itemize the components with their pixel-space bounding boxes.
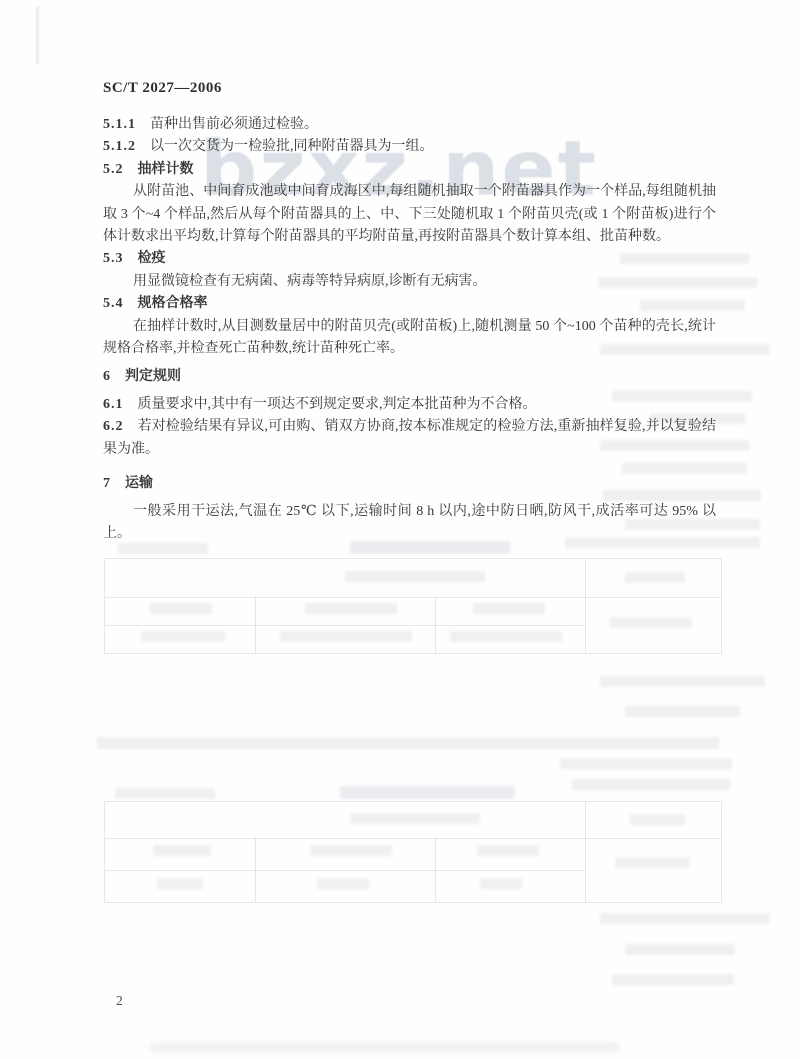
clause-6-heading: 6判定规则 — [103, 366, 716, 388]
clause-5-2-heading: 5.2抽样计数 — [103, 159, 716, 181]
scan-artifact — [36, 6, 39, 64]
clause-title: 规格合格率 — [138, 296, 208, 311]
bleed-through-line — [600, 913, 770, 924]
bleed-through-line — [560, 758, 732, 769]
bleed-through-line — [625, 944, 735, 955]
bleed-through-line — [600, 676, 765, 687]
bleed-through-line — [612, 974, 734, 985]
clause-title: 抽样计数 — [138, 162, 194, 177]
clause-5-4-paragraph: 在抽样计数时,从目测数量居中的附苗贝壳(或附苗板)上,随机测量 50 个~100… — [103, 316, 716, 361]
bleed-through-caption — [115, 788, 215, 799]
bleed-through-table — [104, 558, 722, 654]
clause-title: 判定规则 — [125, 369, 181, 384]
clause-number: 7 — [103, 476, 111, 491]
bleed-through-line — [97, 737, 719, 749]
clause-5-4-heading: 5.4规格合格率 — [103, 293, 716, 315]
clause-text: 以一次交货为一检验批,同种附苗器具为一组。 — [150, 139, 434, 154]
clause-5-2-paragraph: 从附苗池、中间育成池或中间育成海区中,每组随机抽取一个附苗器具作为一个样品,每组… — [103, 181, 716, 248]
clause-7-paragraph: 一般采用干运法,气温在 25℃ 以下,运输时间 8 h 以内,途中防日晒,防风干… — [103, 501, 716, 546]
clause-number: 5.1.2 — [103, 139, 136, 154]
clause-number: 6.2 — [103, 419, 124, 434]
clause-number: 5.2 — [103, 162, 124, 177]
clause-number: 5.1.1 — [103, 117, 136, 132]
clause-6-1: 6.1质量要求中,其中有一项达不到规定要求,判定本批苗种为不合格。 — [103, 394, 716, 416]
clause-5-3-heading: 5.3检疫 — [103, 248, 716, 270]
standard-code: SC/T 2027—2006 — [103, 80, 222, 97]
clause-number: 6.1 — [103, 397, 124, 412]
bleed-through-caption — [340, 786, 515, 799]
clause-7-heading: 7运输 — [103, 473, 716, 495]
clause-title: 检疫 — [138, 251, 166, 266]
clause-number: 5.4 — [103, 296, 124, 311]
clause-5-3-paragraph: 用显微镜检查有无病菌、病毒等特异病原,诊断有无病害。 — [103, 271, 716, 293]
clause-text: 苗种出售前必须通过检验。 — [150, 117, 318, 132]
bleed-through-table — [104, 801, 722, 903]
bleed-through-line — [572, 779, 730, 790]
clause-number: 6 — [103, 369, 111, 384]
scanned-document-page: bzxz.net — [0, 0, 800, 1059]
page-number: 2 — [116, 993, 123, 1009]
clause-number: 5.3 — [103, 251, 124, 266]
clause-title: 运输 — [125, 476, 153, 491]
clause-text: 若对检验结果有异议,可由购、销双方协商,按本标准规定的检验方法,重新抽样复验,并… — [103, 419, 716, 456]
document-body: 5.1.1苗种出售前必须通过检验。 5.1.2以一次交货为一检验批,同种附苗器具… — [103, 114, 716, 545]
scan-artifact — [150, 1042, 620, 1053]
clause-5-1-2: 5.1.2以一次交货为一检验批,同种附苗器具为一组。 — [103, 136, 716, 158]
clause-6-2: 6.2若对检验结果有异议,可由购、销双方协商,按本标准规定的检验方法,重新抽样复… — [103, 416, 716, 461]
clause-text: 质量要求中,其中有一项达不到规定要求,判定本批苗种为不合格。 — [138, 397, 537, 412]
clause-5-1-1: 5.1.1苗种出售前必须通过检验。 — [103, 114, 716, 136]
bleed-through-line — [625, 706, 740, 717]
